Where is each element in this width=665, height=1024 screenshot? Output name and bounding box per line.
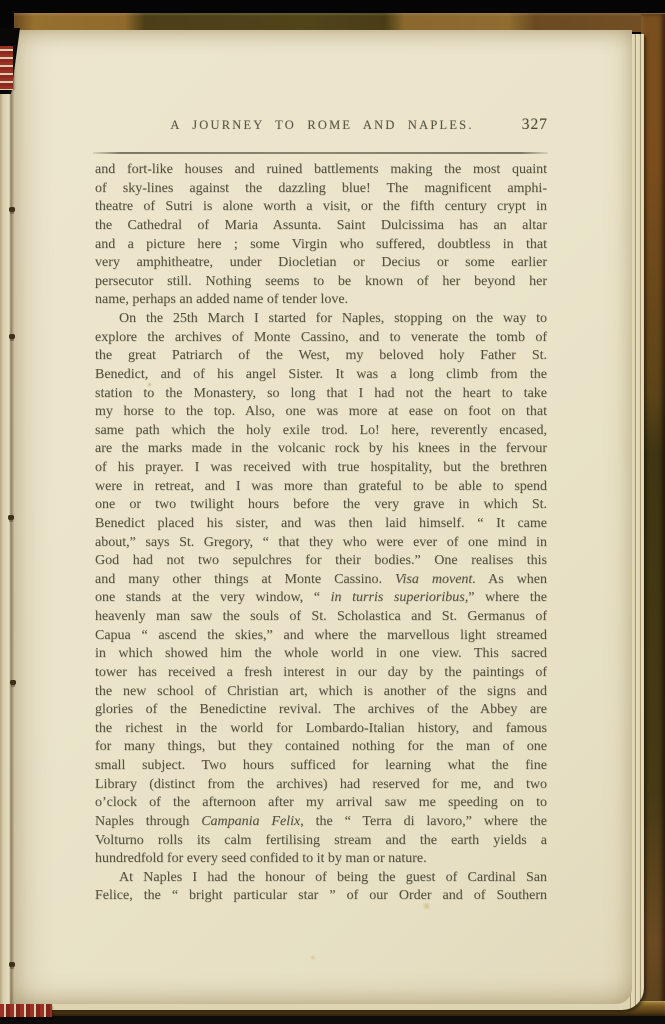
gutter-stitch [8,515,14,520]
text-line: On the 25th March I started for Naples, … [95,310,547,329]
book-cover-right-edge [641,14,665,1012]
text-line: about,” says St. Gregory, “ that they wh… [95,534,547,553]
text-segment: were in retreat, and I was more than gra… [95,479,547,494]
text-line: of his prayer. I was received with true … [95,459,547,478]
text-segment: very amphitheatre, under Diocletian or D… [95,255,547,270]
text-line: Library (distinct from the archives) had… [95,776,547,795]
text-segment: , the “ Terra di lavoro,” where the [300,814,547,829]
text-segment: the richest in the world for Lombardo-It… [95,721,547,736]
italic-text-segment: in turris superioribus, [331,590,469,605]
text-line: one or two twilight hours before the ver… [95,496,547,515]
foxing-spot [147,382,152,387]
text-segment: small subject. Two hours sufficed for le… [95,758,547,773]
text-segment: my horse to the top. Also, one was more … [95,404,547,419]
text-segment: for many things, but they contained noth… [95,739,547,754]
book-page: A JOURNEY TO ROME AND NAPLES. 327 and fo… [10,30,632,1004]
page-number: 327 [522,116,548,134]
text-line: same path which the holy exile trod. Lo!… [95,422,547,441]
text-line: my horse to the top. Also, one was more … [95,403,547,422]
text-segment: and many other things at Monte Cassino. [95,572,395,587]
text-segment: Benedict placed his sister, and was then… [95,516,547,531]
text-segment: name, perhaps an added name of tender lo… [95,292,348,307]
text-line: the richest in the world for Lombardo-It… [95,720,547,739]
text-segment: are the marks made in the volcanic rock … [95,441,547,456]
text-line: station to the Monastery, so long that I… [95,385,547,404]
text-segment: one stands at the very window, “ [95,590,331,605]
italic-text-segment: Visa movent. [395,572,476,587]
text-line: name, perhaps an added name of tender lo… [95,291,547,310]
text-line: heavenly man saw the souls of St. Schola… [95,608,547,627]
text-segment: Volturno rolls its calm fertilising stre… [95,833,547,848]
text-segment: tower has received a fresh interest in o… [95,665,547,680]
text-segment: On the 25th March I started for Naples, … [119,311,547,326]
headband-bottom [0,1004,52,1017]
text-segment: and a picture here ; some Virgin who suf… [95,237,547,252]
gutter-stitch [9,207,15,212]
text-line: explore the archives of Monte Cassino, a… [95,329,547,348]
text-line: Capua “ ascend the skies,” and where the… [95,627,547,646]
book-scan: A JOURNEY TO ROME AND NAPLES. 327 and fo… [0,0,665,1024]
text-line: in which showed him the whole world in o… [95,645,547,664]
text-segment: one or two twilight hours before the ver… [95,497,547,512]
italic-text-segment: Campania Felix [201,814,300,829]
text-segment: Library (distinct from the archives) had… [95,777,547,792]
text-line: small subject. Two hours sufficed for le… [95,757,547,776]
text-line: are the marks made in the volcanic rock … [95,440,547,459]
text-line: were in retreat, and I was more than gra… [95,478,547,497]
text-line: the great Patriarch of the West, my belo… [95,347,547,366]
text-segment: As when [476,572,547,587]
text-segment: God had not two sepulchres for their bod… [95,553,547,568]
text-segment: heavenly man saw the souls of St. Schola… [95,609,547,624]
text-line: At Naples I had the honour of being the … [95,869,547,888]
text-line: tower has received a fresh interest in o… [95,664,547,683]
text-segment: o’clock of the afternoon after my arriva… [95,795,547,810]
text-line: glories of the Benedictine revival. The … [95,701,547,720]
foxing-spot [310,955,316,960]
gutter-stitch [10,680,16,685]
text-segment: Capua “ ascend the skies,” and where the… [95,628,547,643]
text-segment: same path which the holy exile trod. Lo!… [95,423,547,438]
running-head-title: A JOURNEY TO ROME AND NAPLES. [95,118,549,133]
text-line: and fort-like houses and ruined battleme… [95,161,547,180]
text-segment: of his prayer. I was received with true … [95,460,547,475]
text-segment: in which showed him the whole world in o… [95,646,547,661]
text-line: Felice, the “ bright particular star ” o… [95,887,547,906]
text-line: Volturno rolls its calm fertilising stre… [95,832,547,851]
text-segment: persecutor still. Nothing seems to be kn… [95,274,547,289]
text-segment: theatre of Sutri is alone worth a visit,… [95,199,547,214]
text-line: the Cathedral of Maria Assunta. Saint Du… [95,217,547,236]
running-head: A JOURNEY TO ROME AND NAPLES. 327 [95,118,549,138]
text-line: Naples through Campania Felix, the “ Ter… [95,813,547,832]
page-body: and fort-like houses and ruined battleme… [95,161,547,906]
text-line: and many other things at Monte Cassino. … [95,571,547,590]
text-line: and a picture here ; some Virgin who suf… [95,236,547,255]
text-segment: the Cathedral of Maria Assunta. Saint Du… [95,218,547,233]
text-segment: Naples through [95,814,201,829]
text-line: one stands at the very window, “ in turr… [95,589,547,608]
text-segment: of sky-lines against the dazzling blue! … [95,181,547,196]
text-line: very amphitheatre, under Diocletian or D… [95,254,547,273]
text-segment: the great Patriarch of the West, my belo… [95,348,547,363]
text-segment: ” where the [468,590,547,605]
text-line: Benedict, and of his angel Sister. It wa… [95,366,547,385]
text-line: for many things, but they contained noth… [95,738,547,757]
text-segment: explore the archives of Monte Cassino, a… [95,330,547,345]
text-segment: hundredfold for every seed confided to i… [95,851,427,866]
text-line: o’clock of the afternoon after my arriva… [95,794,547,813]
header-rule [93,152,548,154]
text-segment: and fort-like houses and ruined battleme… [95,162,547,177]
gutter-stitch [9,334,15,339]
text-line: persecutor still. Nothing seems to be kn… [95,273,547,292]
text-segment: glories of the Benedictine revival. The … [95,702,547,717]
headband-top [0,46,13,90]
text-line: of sky-lines against the dazzling blue! … [95,180,547,199]
text-line: God had not two sepulchres for their bod… [95,552,547,571]
text-line: theatre of Sutri is alone worth a visit,… [95,198,547,217]
text-segment: Benedict, and of his angel Sister. It wa… [95,367,547,382]
text-line: the new school of Christian art, which i… [95,683,547,702]
text-segment: station to the Monastery, so long that I… [95,386,547,401]
text-segment: Felice, the “ bright particular star ” o… [95,888,547,903]
foxing-spot [422,902,431,910]
text-line: hundredfold for every seed confided to i… [95,850,547,869]
gutter-stitch [9,962,15,967]
text-line: Benedict placed his sister, and was then… [95,515,547,534]
text-segment: the new school of Christian art, which i… [95,684,547,699]
text-segment: about,” says St. Gregory, “ that they wh… [95,535,547,550]
text-segment: At Naples I had the honour of being the … [119,870,547,885]
